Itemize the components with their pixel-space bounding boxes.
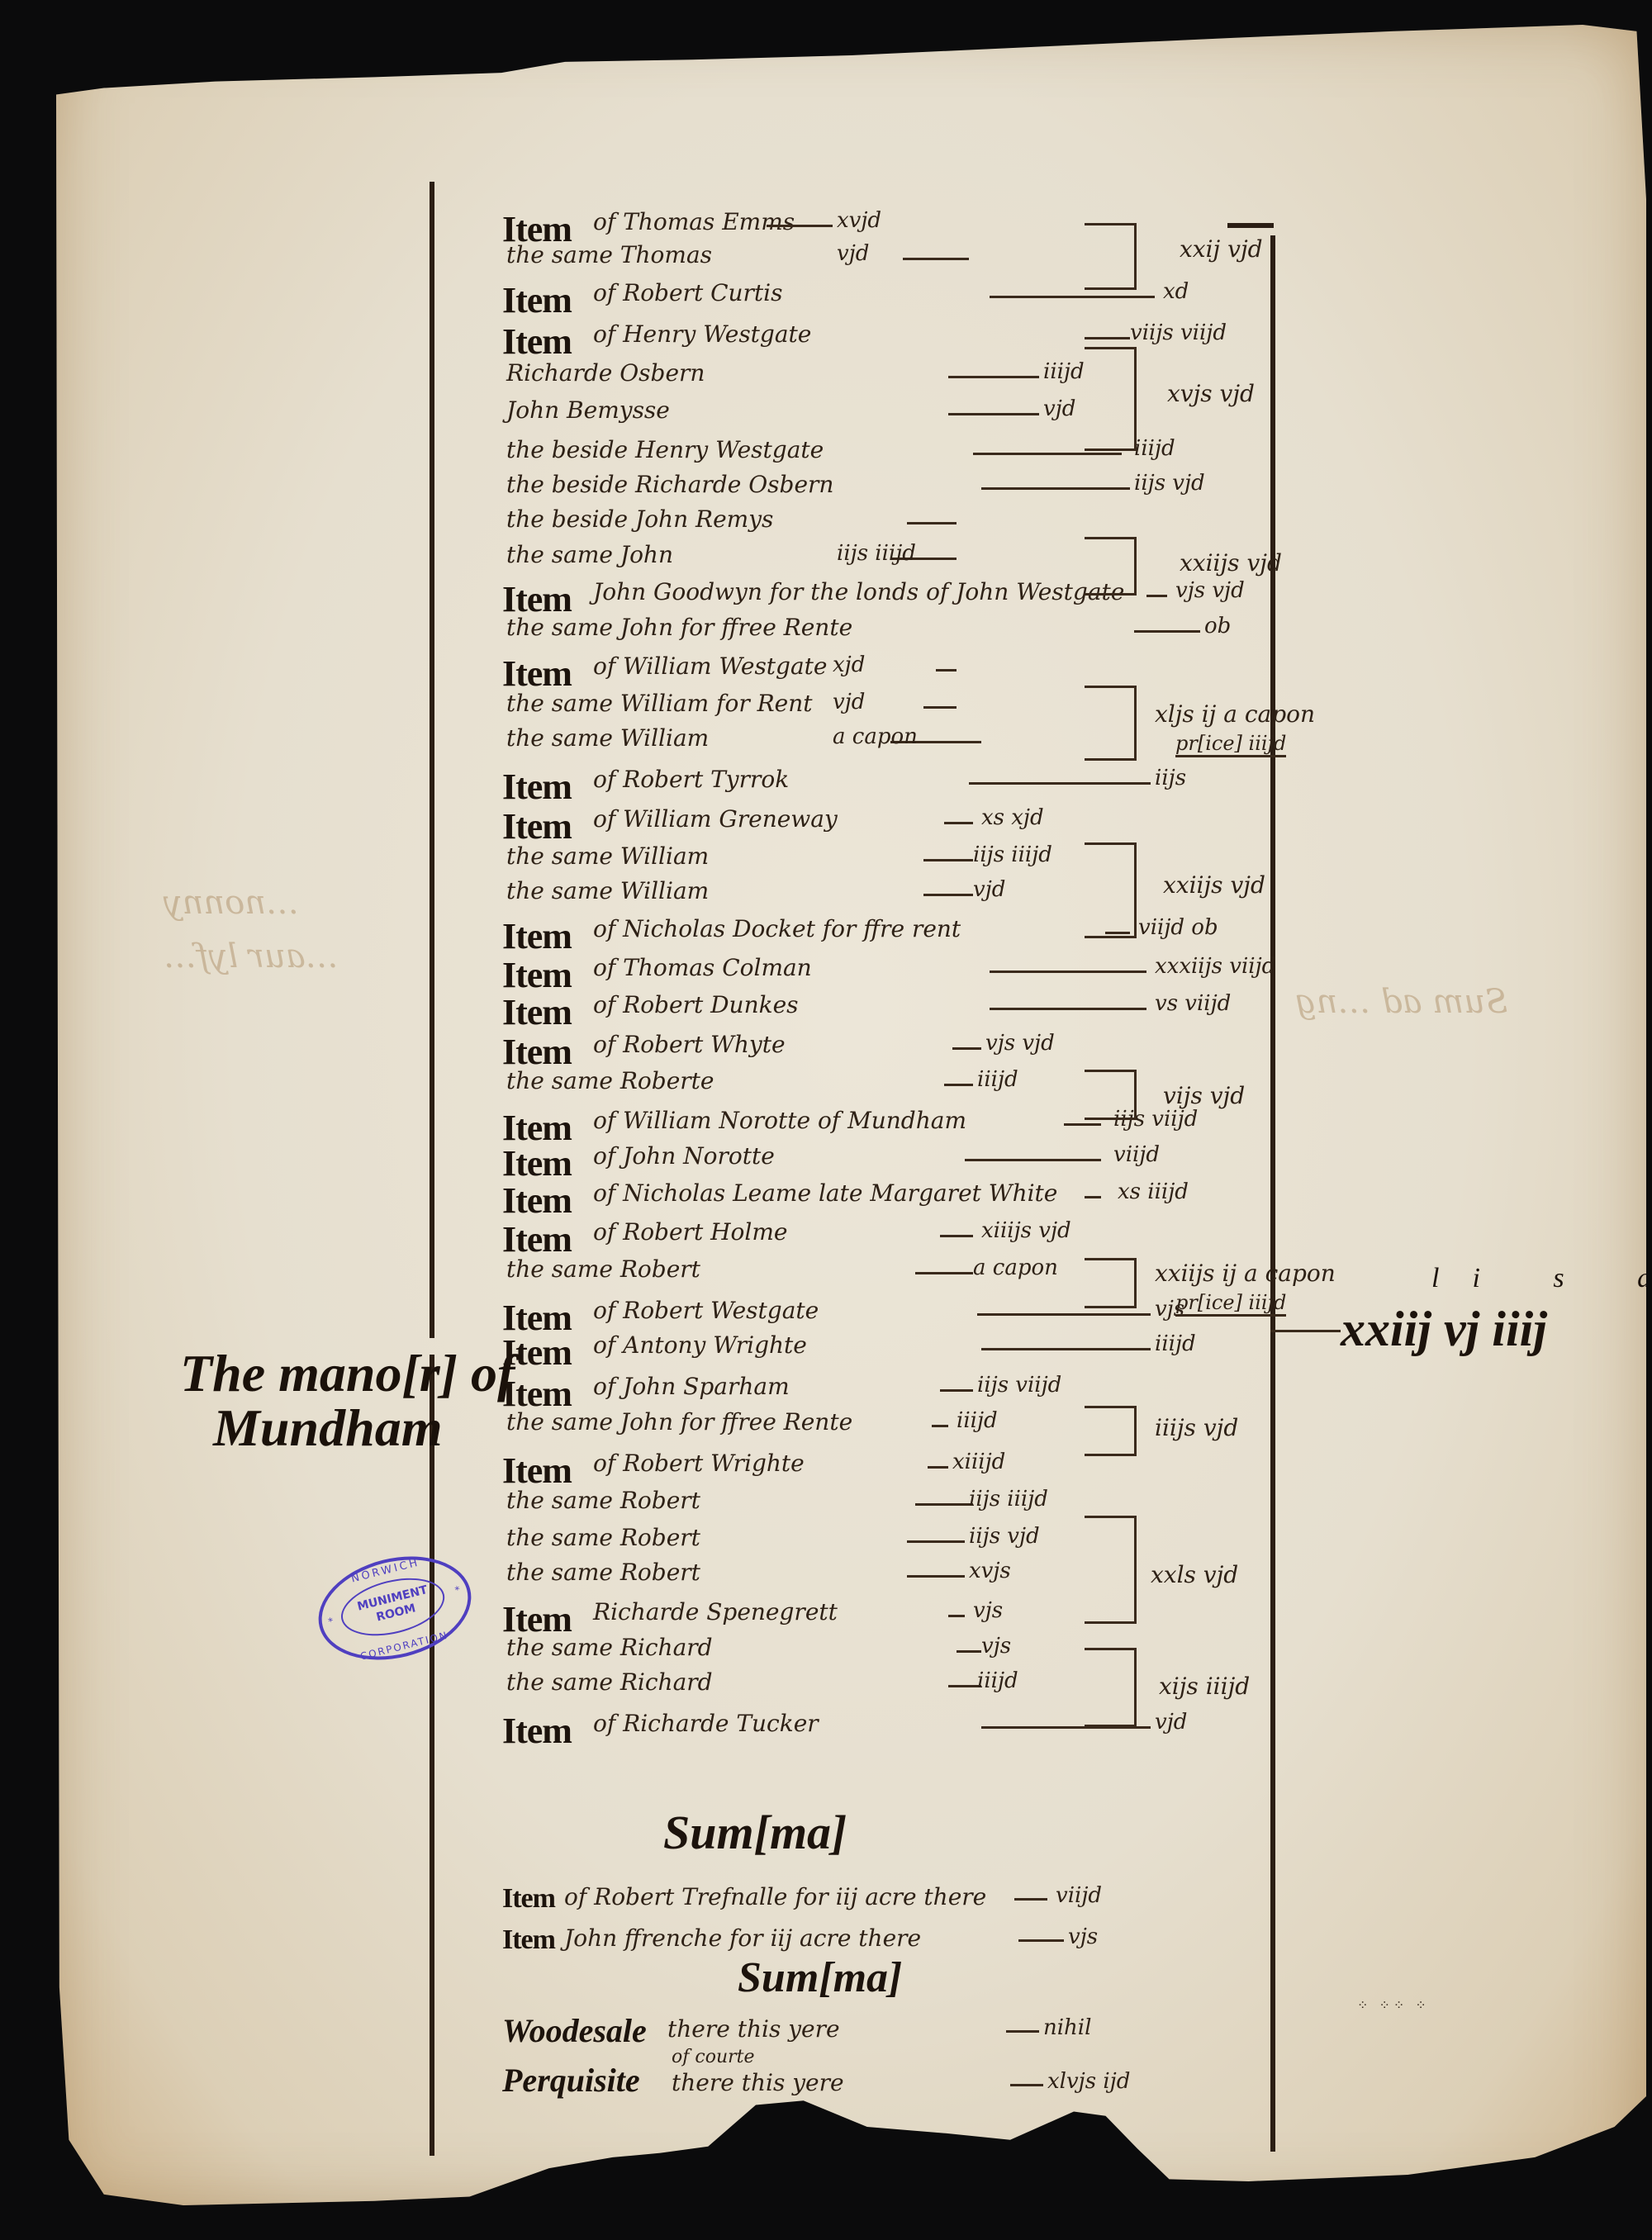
entry-amount: iijs [1155,766,1186,790]
left-column-rule [430,182,434,1338]
entry-name: of William Westgate [593,653,828,680]
leader-dash [1064,1123,1101,1126]
entry-name: of Nicholas Docket for ffre rent [593,915,961,942]
entry-name: of Robert Wrighte [593,1450,805,1477]
entry-name: of Henry Westgate [593,320,811,348]
leader-dash [907,522,957,524]
bracket-total-amount: iiijs vjd [1155,1414,1238,1441]
leader-dash [981,1348,1151,1350]
entry-name: the same Robert [506,1524,700,1551]
entry-amount: xs xjd [981,805,1044,830]
leader-dash [990,971,1146,973]
entry-name: the same John for ffree Rente [506,614,852,641]
item-label: Item [502,954,572,996]
woodsale-label: Woodesale [502,2011,647,2050]
entry-name: the beside Henry Westgate [506,436,824,463]
leader-dash [944,1084,973,1086]
leader-dash [944,822,973,824]
bleed-through-right: Sum ad …ng [1295,983,1507,1021]
item-label: Item [502,1450,572,1492]
leader-dash [952,1047,981,1050]
leader-dash [940,1235,973,1237]
entry-name: the same Robert [506,1487,700,1514]
bracket-total-amount: xvjs vjd [1167,380,1255,407]
item-label: Item [502,653,572,695]
entry-amount: xs iiijd [1118,1179,1189,1204]
entry-amount: vjs [973,1598,1003,1623]
entry-amount: vjs vjd [1175,578,1245,603]
entry-name: of Thomas Colman [593,954,812,981]
entry-name: Richarde Osbern [506,359,705,387]
entry-name: the same Richard [506,1668,713,1696]
entry-name: of Antony Wrighte [593,1331,807,1359]
entry-name: the same Roberte [506,1067,714,1094]
entry-amount: xiiijd [952,1450,1005,1474]
entry-name: of Robert Curtis [593,279,783,306]
leader-dash [948,376,1039,378]
entry-amount: xd [1163,279,1189,304]
manuscript-page: The mano[r] of Mundham NORWICH * * MUNIM… [56,25,1646,2205]
grand-total-value: xxiij vj iiij [1341,1302,1547,1356]
entry-name: of Robert Whyte [593,1031,786,1058]
leader-dash [767,225,833,227]
entry-name: of Richarde Tucker [593,1710,819,1737]
leader-dash [957,1650,981,1653]
leader-dash [977,1313,1151,1316]
entry-name: of John Sparham [593,1373,790,1400]
leader-dash [915,1272,973,1274]
leader-dash [981,487,1130,490]
leader-dash [1146,595,1167,597]
entry-amount: a capon [833,724,918,749]
item-label: Item [502,279,572,321]
grand-total-units: li s d [1431,1263,1652,1294]
right-rule-cap [1227,223,1274,228]
bracket-sub-price: pr[ice] iiijd [1175,732,1286,757]
bracket [1085,1648,1137,1727]
entry-name: the same Robert [506,1559,700,1586]
leader-dash [1134,630,1200,633]
entry-amount: iiijd [957,1408,998,1433]
bracket-total-amount: xijs iiijd [1159,1673,1250,1700]
entry-amount: a capon [973,1255,1058,1280]
bracket-total-amount: xljs ij a capon [1155,700,1315,728]
entry-amount: iiijd [1134,436,1175,461]
bracket [1085,1516,1137,1624]
item-label: Item [502,991,572,1033]
leader-dash [940,1389,973,1392]
entry-amount: vjd [837,241,869,266]
entry-name: of Thomas Emms [593,208,795,235]
entry-name: the same William [506,842,709,870]
leader-dash [928,1466,948,1469]
tally-dots: ⁘ ⁘⁘ ⁘ [1357,1997,1430,2013]
manor-heading-line1: The mano[r] of [180,1346,515,1401]
entry-amount: iijs vjd [1134,471,1205,496]
leader-dash [923,706,957,709]
bracket-total-amount: xxiijs ij a capon [1155,1260,1336,1287]
bracket [1085,1258,1137,1308]
entry-name: the same William for Rent [506,690,813,717]
bracket [1085,223,1137,290]
entry-name: of Nicholas Leame late Margaret White [593,1179,1057,1207]
bracket-total-amount: vijs vjd [1163,1082,1245,1109]
entry-amount: iiijd [977,1067,1018,1092]
item-label: Item [502,320,572,363]
grand-total-rule [1270,1330,1341,1332]
item-label: Item [502,1218,572,1260]
item-label: Item [502,1142,572,1184]
entry-amount: viijd ob [1138,915,1218,940]
entry-amount: iiijd [1155,1331,1196,1356]
bracket [1085,1070,1137,1120]
entry-amount: iijs viijd [977,1373,1061,1398]
entry-amount: vs viijd [1155,991,1231,1016]
leader-dash [915,1503,973,1506]
leader-dash [932,1425,948,1427]
entry-name: the same William [506,724,709,752]
entry-amount: iijs iiijd [973,842,1052,867]
item-label: Item [502,915,572,957]
leader-dash [990,1008,1146,1010]
entry-amount: vjs [981,1634,1011,1659]
item-label: Item [502,1179,572,1222]
bleed-through-left-2: …aur lyf… [164,937,339,975]
summa-heading-2: Sum[ma] [738,1953,902,2002]
perquisites-label: Perquisite [502,2061,640,2100]
entry-amount: xjd [833,653,865,677]
leader-dash [973,453,1122,455]
entry-name: of Robert Holme [593,1218,787,1246]
summa-heading-1: Sum[ma] [663,1805,847,1860]
bleed-through-left-1: …nonny [164,884,299,922]
leader-dash [1085,1196,1101,1198]
bracket-total-amount: xxiijs vjd [1163,871,1265,899]
entry-amount: iijs iiijd [969,1487,1048,1512]
grand-total: li s d xxiij vj iiij [1341,1301,1547,1358]
bracket [1085,842,1137,938]
entry-amount: iiijd [1043,359,1085,384]
right-column-rule [1270,235,1275,2152]
entry-amount: xvjd [837,208,881,233]
leader-dash [965,1159,1101,1161]
bracket-total-amount: xxiijs vjd [1180,549,1282,577]
bracket [1085,1406,1137,1456]
leader-dash [903,258,969,260]
entry-amount: viijd [1113,1142,1160,1167]
leader-dash [923,859,973,861]
entry-name: the same Thomas [506,241,712,268]
entry-name: John Bemysse [506,396,670,424]
left-column-rule-lower [430,1355,434,2156]
entry-name: of William Norotte of Mundham [593,1107,966,1134]
entry-name: the same John for ffree Rente [506,1408,852,1436]
entry-name: the beside Richarde Osbern [506,471,833,498]
leader-dash [969,782,1151,785]
leader-dash [923,894,973,896]
item-label: Item [502,1710,572,1752]
entry-amount: vjd [1043,396,1075,421]
entry-name: of Robert Dunkes [593,991,799,1018]
leader-dash [948,1615,965,1617]
entry-amount: iijs iiijd [837,541,916,566]
leader-dash [907,1540,965,1543]
entry-amount: xiiijs vjd [981,1218,1071,1243]
entry-name: of Robert Tyrrok [593,766,789,793]
entry-amount: iijs vjd [969,1524,1040,1549]
entry-name: the same Richard [506,1634,713,1661]
leader-dash [936,669,957,672]
entry-name: Richarde Spenegrett [593,1598,838,1625]
bracket [1085,686,1137,761]
manor-heading: The mano[r] of Mundham [180,1346,515,1455]
manor-heading-line2: Mundham [180,1401,515,1455]
bracket [1085,537,1137,596]
entry-amount: xxxiijs viijd [1155,954,1275,979]
bracket-total-amount: xxij vjd [1180,235,1263,263]
bracket [1085,347,1137,451]
entry-name: the same Robert [506,1255,700,1283]
norwich-muniment-stamp: NORWICH * * MUNIMENT ROOM CORPORATION [307,1541,482,1675]
entry-amount: vjd [833,690,865,714]
entry-amount: xvjs [969,1559,1011,1583]
entry-amount: vjs vjd [985,1031,1055,1056]
entry-name: the beside John Remys [506,505,773,533]
entry-amount: vjd [1155,1710,1187,1735]
entry-amount: vjd [973,877,1005,902]
item-label: Item [502,805,572,847]
entry-name: of William Greneway [593,805,838,833]
entry-name: John Goodwyn for the londs of John Westg… [593,578,1124,605]
entry-amount: ob [1204,614,1231,638]
bracket-total-amount: xxls vjd [1151,1561,1238,1588]
leader-dash [990,296,1155,298]
entry-amount: iiijd [977,1668,1018,1693]
item-label: Item [502,1331,572,1374]
leader-dash [907,1575,965,1578]
entry-name: of John Norotte [593,1142,775,1170]
leader-dash [948,1685,981,1687]
leader-dash [1085,337,1130,339]
bracket-sub-price: pr[ice] iiijd [1175,1291,1286,1317]
entry-amount: viijs viijd [1130,320,1227,345]
leader-dash [948,413,1039,415]
entry-name: the same John [506,541,673,568]
entry-name: of Robert Westgate [593,1297,819,1324]
entry-name: the same William [506,877,709,904]
item-label: Item [502,766,572,808]
